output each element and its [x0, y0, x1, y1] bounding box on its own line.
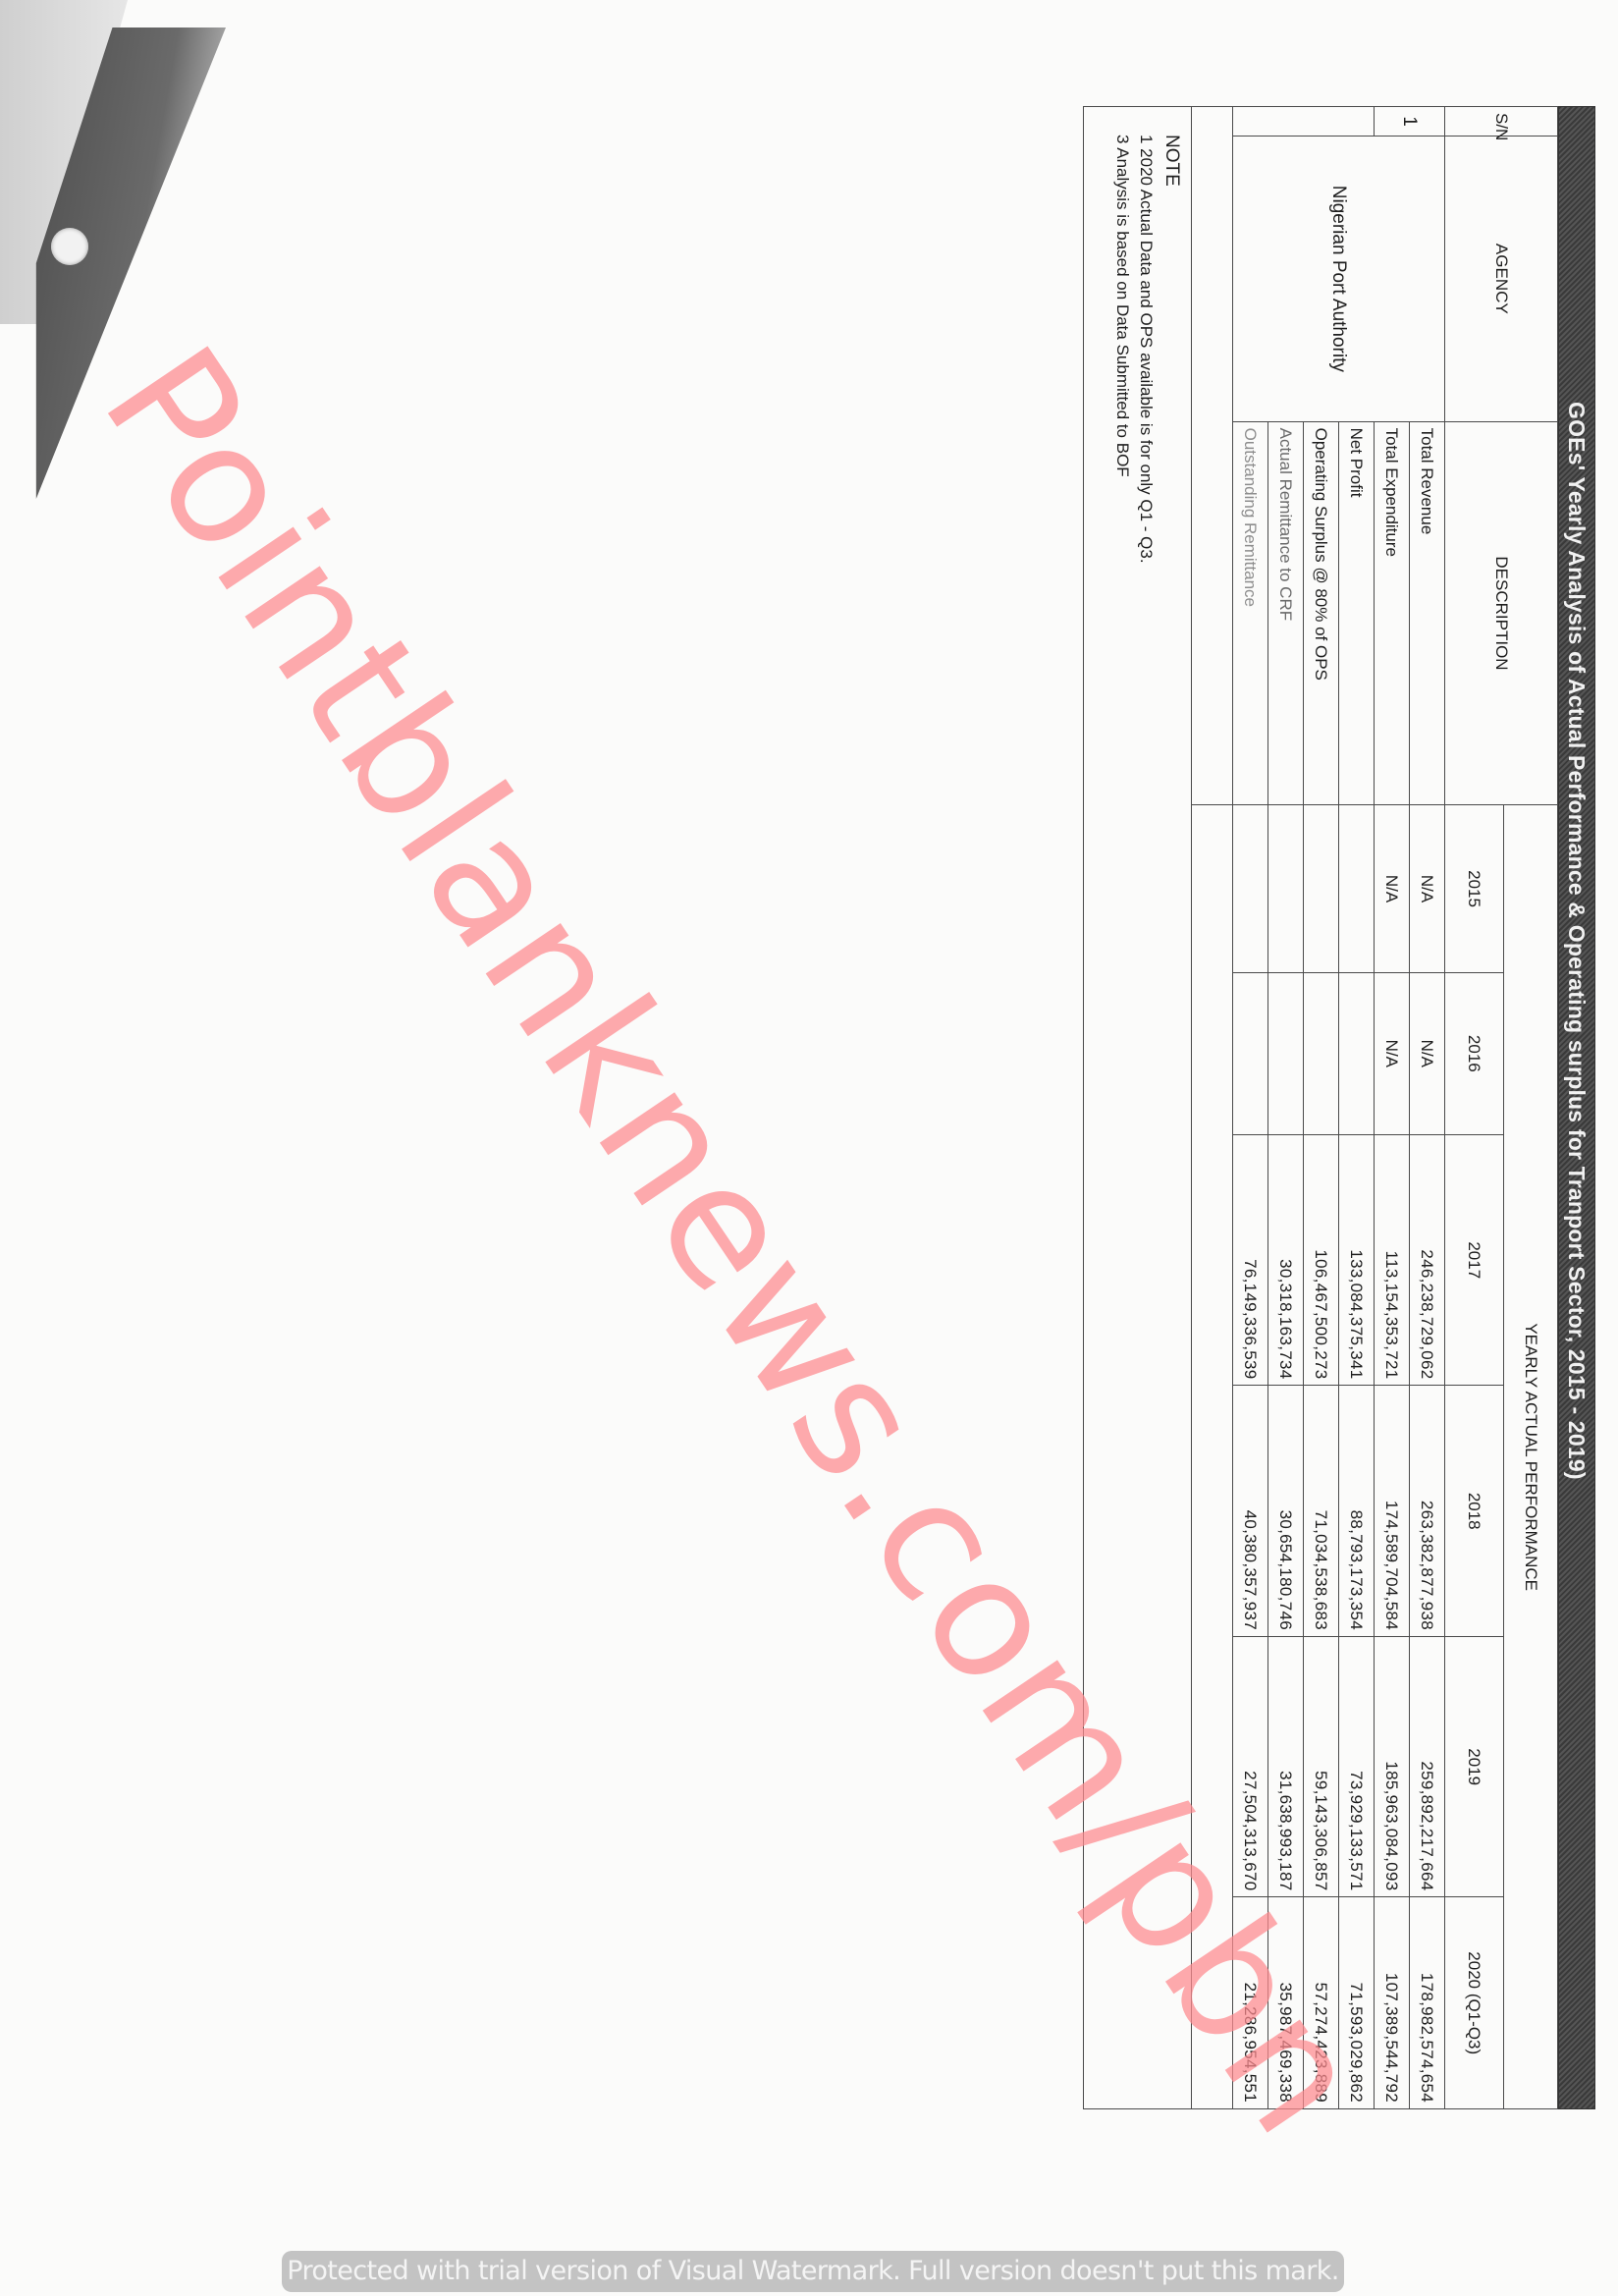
cell-2016: N/A [1410, 972, 1445, 1134]
trial-watermark-banner: Protected with trial version of Visual W… [282, 2251, 1344, 2292]
cell-2017: 76,149,336,539 [1233, 1135, 1268, 1386]
cell-2016: N/A [1375, 972, 1410, 1134]
cell-2016 [1268, 972, 1304, 1134]
performance-table: S/N AGENCY DESCRIPTION YEARLY ACTUAL PER… [1191, 106, 1558, 2109]
document-title: GOEs' Yearly Analysis of Actual Performa… [1558, 106, 1595, 2109]
header-year-2020: 2020 (Q1-Q3) [1445, 1897, 1504, 2109]
header-year-2019: 2019 [1445, 1636, 1504, 1897]
row-label: Total Revenue [1410, 421, 1445, 805]
sn-cell-empty [1233, 107, 1375, 137]
row-label: Actual Remittance to CRF [1268, 421, 1304, 805]
cell-2017: 133,084,375,341 [1339, 1135, 1375, 1386]
cell-2015 [1268, 805, 1304, 972]
sn-cell: 1 [1375, 107, 1445, 137]
header-agency: AGENCY [1445, 137, 1558, 422]
row-label: Outstanding Remittance [1233, 421, 1268, 805]
agency-name: Nigerian Port Authority [1329, 186, 1350, 372]
cell-2019: 259,892,217,664 [1410, 1636, 1445, 1897]
cell-2018: 263,382,877,938 [1410, 1386, 1445, 1636]
cell-2016 [1233, 972, 1268, 1134]
header-year-2015: 2015 [1445, 805, 1504, 972]
cell-2015 [1233, 805, 1268, 972]
cell-2020: 178,982,574,654 [1410, 1897, 1445, 2109]
header-year-2018: 2018 [1445, 1386, 1504, 1636]
cell-2017: 113,154,353,721 [1375, 1135, 1410, 1386]
cell-2016 [1304, 972, 1339, 1134]
cell-2017: 246,238,729,062 [1410, 1135, 1445, 1386]
cell-2018: 174,589,704,584 [1375, 1386, 1410, 1636]
header-description: DESCRIPTION [1445, 421, 1558, 805]
table-row-total-revenue: 1 Nigerian Port Authority Total Revenue … [1410, 107, 1445, 2109]
cell-2015 [1304, 805, 1339, 972]
cell-2018: 30,654,180,746 [1268, 1386, 1304, 1636]
cell-2018: 40,380,357,937 [1233, 1386, 1268, 1636]
header-sn: S/N [1445, 107, 1558, 137]
cell-2017: 30,318,163,734 [1268, 1135, 1304, 1386]
cell-2018: 88,793,173,354 [1339, 1386, 1375, 1636]
cell-2020: 107,389,544,792 [1375, 1897, 1410, 2109]
spacer-cell [1192, 107, 1233, 805]
row-label: Net Profit [1339, 421, 1375, 805]
header-yearly-actual-performance: YEARLY ACTUAL PERFORMANCE [1504, 805, 1558, 2109]
punch-hole [51, 228, 88, 265]
cell-2019: 59,143,306,857 [1304, 1636, 1339, 1897]
cell-2015 [1339, 805, 1375, 972]
cell-2015: N/A [1410, 805, 1445, 972]
cell-2019: 31,638,993,187 [1268, 1636, 1304, 1897]
cell-2018: 71,034,538,683 [1304, 1386, 1339, 1636]
row-label: Operating Surplus @ 80% of OPS [1304, 421, 1339, 805]
header-year-2017: 2017 [1445, 1135, 1504, 1386]
cell-2019: 185,963,084,093 [1375, 1636, 1410, 1897]
cell-2019: 73,929,133,571 [1339, 1636, 1375, 1897]
header-year-2016: 2016 [1445, 972, 1504, 1134]
cell-2016 [1339, 972, 1375, 1134]
agency-cell: Nigerian Port Authority [1233, 137, 1445, 422]
cell-2017: 106,467,500,273 [1304, 1135, 1339, 1386]
cell-2015: N/A [1375, 805, 1410, 972]
row-label: Total Expenditure [1375, 421, 1410, 805]
